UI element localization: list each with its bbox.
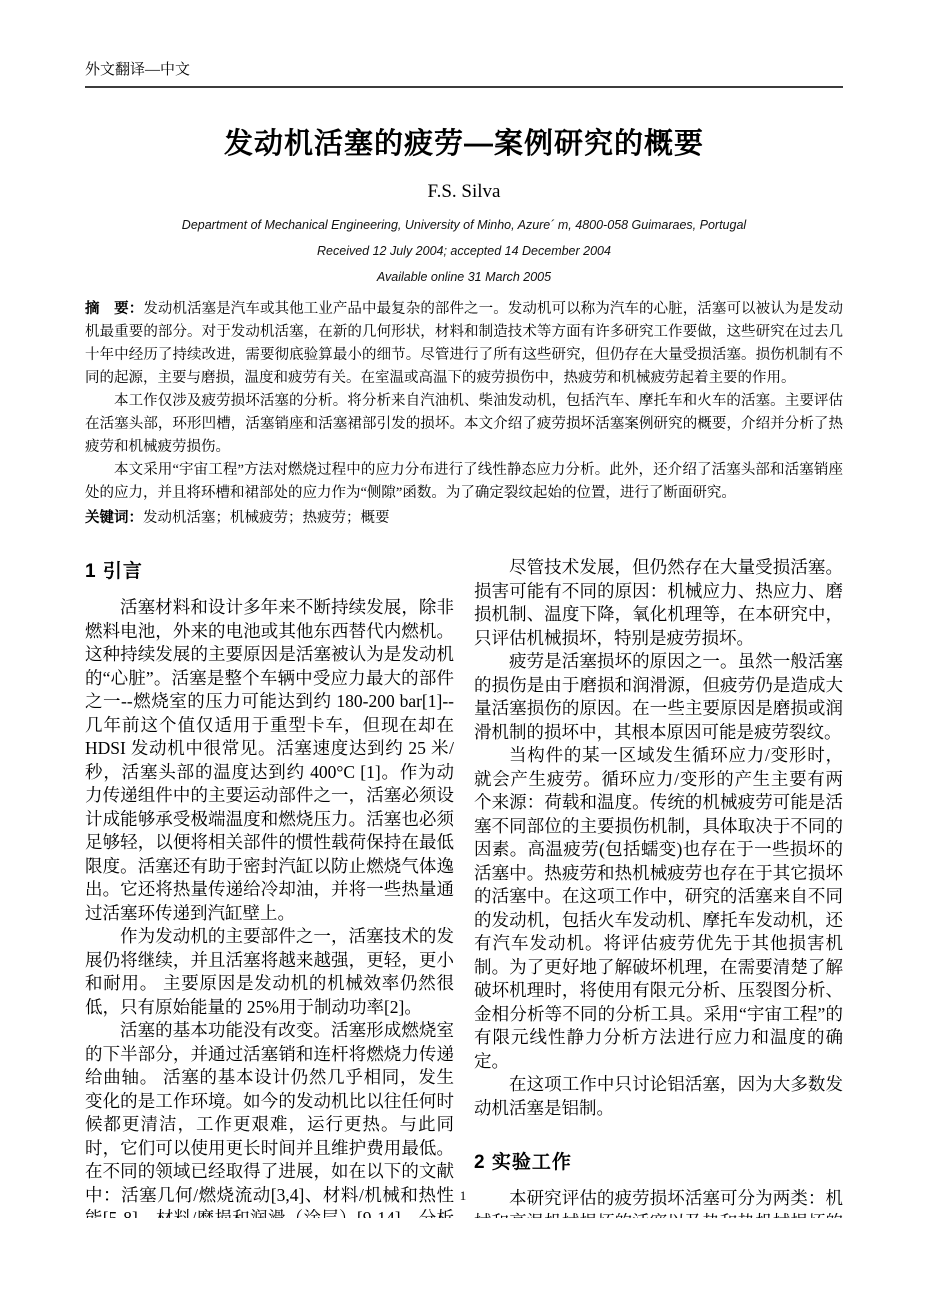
left-column: 1 引言 活塞材料和设计多年来不断持续发展，除非燃料电池，外来的电池或其他东西替…	[85, 556, 454, 1218]
received-dates: Received 12 July 2004; accepted 14 Decem…	[85, 244, 843, 258]
body-paragraph: 当构件的某一区域发生循环应力/变形时，就会产生疲劳。循环应力/变形的产生主要有两…	[474, 744, 843, 1073]
body-paragraph: 在这项工作中只讨论铝活塞，因为大多数发动机活塞是铝制。	[474, 1073, 843, 1120]
running-header-label: 外文翻译—中文	[85, 62, 190, 78]
two-column-body: 1 引言 活塞材料和设计多年来不断持续发展，除非燃料电池，外来的电池或其他东西替…	[85, 556, 843, 1218]
body-paragraph: 作为发动机的主要部件之一，活塞技术的发展仍将继续，并且活塞将越来越强，更轻，更小…	[85, 925, 454, 1019]
document-page: 外文翻译—中文 发动机活塞的疲劳—案例研究的概要 F.S. Silva Depa…	[0, 0, 926, 1309]
running-header: 外文翻译—中文	[85, 58, 843, 88]
abstract-paragraph: 摘 要：发动机活塞是汽车或其他工业产品中最复杂的部件之一。发动机可以称为汽车的心…	[85, 298, 843, 390]
available-online: Available online 31 March 2005	[85, 270, 843, 284]
keywords-text: 发动机活塞；机械疲劳；热疲劳；概要	[143, 510, 390, 526]
body-paragraph: 活塞材料和设计多年来不断持续发展，除非燃料电池，外来的电池或其他东西替代内燃机。…	[85, 596, 454, 925]
keywords: 关键词：发动机活塞；机械疲劳；热疲劳；概要	[85, 507, 843, 530]
right-column: 尽管技术发展，但仍然存在大量受损活塞。 损害可能有不同的原因：机械应力、热应力、…	[474, 556, 843, 1218]
body-paragraph: 尽管技术发展，但仍然存在大量受损活塞。 损害可能有不同的原因：机械应力、热应力、…	[474, 556, 843, 650]
paper-title: 发动机活塞的疲劳—案例研究的概要	[85, 121, 843, 162]
author-name: F.S. Silva	[85, 181, 843, 203]
abstract-text: 发动机活塞是汽车或其他工业产品中最复杂的部件之一。发动机可以称为汽车的心脏，活塞…	[85, 301, 843, 386]
abstract-paragraph: 本文采用“宇宙工程”方法对燃烧过程中的应力分布进行了线性静态应力分析。此外，还介…	[85, 459, 843, 505]
abstract-label: 摘 要：	[85, 301, 143, 317]
abstract-paragraph: 本工作仅涉及疲劳损坏活塞的分析。将分析来自汽油机、柴油发动机，包括汽车、摩托车和…	[85, 390, 843, 459]
section-heading-experimental: 2 实验工作	[474, 1147, 843, 1174]
affiliation: Department of Mechanical Engineering, Un…	[85, 218, 843, 232]
page-number: 1	[0, 1188, 926, 1204]
section-heading-introduction: 1 引言	[85, 556, 454, 583]
body-paragraph: 疲劳是活塞损坏的原因之一。虽然一般活塞的损伤是由于磨损和润滑源，但疲劳仍是造成大…	[474, 650, 843, 744]
keywords-label: 关键词：	[85, 510, 143, 526]
abstract: 摘 要：发动机活塞是汽车或其他工业产品中最复杂的部件之一。发动机可以称为汽车的心…	[85, 298, 843, 505]
